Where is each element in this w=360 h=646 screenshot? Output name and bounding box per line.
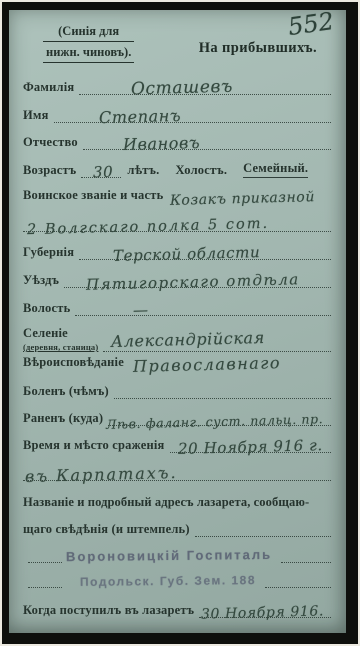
- stamp-line1-right-segment: [281, 547, 331, 563]
- surname-line: Осташевъ: [79, 79, 331, 95]
- stamp-line1-left-segment: [28, 547, 62, 563]
- field-province: Губернія Терской области: [23, 244, 331, 260]
- volost-label: Волость: [23, 301, 70, 316]
- color-note-line1: (Синія для: [43, 24, 134, 42]
- village-sublabel: (деревня, станица): [23, 342, 98, 352]
- hospital-stamp-line2: Подольск. Губ. Зем. 188: [76, 573, 260, 589]
- surname-label: Фамилія: [23, 80, 74, 95]
- province-label: Губернія: [23, 245, 74, 260]
- scanned-document-photo: 552 (Синія для нижн. чиновъ). На прибывш…: [0, 0, 360, 646]
- district-label: Уѣздъ: [23, 273, 59, 288]
- field-hospital-stamp1: Вороновицкій Госпиталь: [23, 547, 331, 563]
- district-value: Пятигорскаго отдѣла: [86, 270, 300, 294]
- age-units-label: лѣтъ.: [127, 163, 159, 178]
- volost-line: —: [75, 300, 331, 316]
- first-name-line: Степанъ: [54, 107, 331, 123]
- military-line: Козакъ приказной: [168, 188, 331, 203]
- hospital-stamp-line1: Вороновицкій Госпиталь: [62, 547, 276, 564]
- field-military-rank-line2: 2 Волгскаго полка 5 сот.: [23, 216, 331, 232]
- field-surname: Фамилія Осташевъ: [23, 79, 331, 95]
- religion-value: Православнаго: [133, 353, 281, 376]
- field-patronymic: Отчество Ивановъ: [23, 134, 331, 150]
- district-line: Пятигорскаго отдѣла: [64, 272, 331, 288]
- village-label: Селеніе: [23, 326, 98, 341]
- surname-value: Осташевъ: [131, 77, 233, 100]
- age-line: 30: [81, 162, 121, 178]
- field-battle: Время и мѣсто сраженія 20 Ноября 916 г.: [23, 437, 331, 453]
- stamp-line2-right-segment: [265, 572, 331, 588]
- card-title: На прибывшихъ.: [199, 40, 317, 57]
- admitted-label: Когда поступилъ въ лазаретъ: [23, 603, 194, 618]
- admitted-value: 30 Ноября 916.: [201, 603, 324, 622]
- field-age: Возрастъ 30 лѣтъ. Холостъ. Семейный.: [23, 161, 331, 178]
- first-name-value: Степанъ: [98, 106, 181, 127]
- military-label: Воинское званіе и часть: [23, 188, 163, 203]
- age-label: Возрастъ: [23, 163, 76, 178]
- field-religion: Вѣроисповѣданіе Православнаго: [23, 355, 331, 370]
- field-hospital-label2: щаго свѣдѣнія (и штемпель): [23, 521, 331, 537]
- field-military-rank: Воинское званіе и часть Козакъ приказной: [23, 188, 331, 203]
- battle-line2: въ Карпатахъ.: [23, 465, 331, 481]
- wounded-label: Раненъ (куда): [23, 411, 103, 426]
- village-line: Александрійская: [103, 327, 331, 352]
- patronymic-label: Отчество: [23, 135, 78, 150]
- hospital-label-line2: щаго свѣдѣнія (и штемпель): [23, 522, 190, 537]
- religion-line: Православнаго: [129, 355, 331, 370]
- sick-line: [114, 383, 331, 399]
- religion-label: Вѣроисповѣданіе: [23, 355, 124, 370]
- color-note: (Синія для нижн. чиновъ).: [43, 24, 134, 66]
- patronymic-value: Ивановъ: [123, 133, 201, 154]
- field-admitted: Когда поступилъ въ лазаретъ 30 Ноября 91…: [23, 602, 331, 618]
- battle-line: 20 Ноября 916 г.: [170, 437, 331, 453]
- hospital-line: [195, 521, 331, 537]
- card-header: (Синія для нижн. чиновъ). На прибывшихъ.: [23, 24, 331, 66]
- hospital-admission-card: 552 (Синія для нижн. чиновъ). На прибывш…: [9, 10, 346, 633]
- field-village: Селеніе (деревня, станица) Александрійск…: [23, 326, 331, 352]
- military-value-line2: 2 Волгскаго полка 5 сот.: [27, 216, 269, 238]
- marital-married-label: Семейный.: [243, 161, 308, 178]
- field-sick: Боленъ (чѣмъ): [23, 383, 331, 399]
- field-district: Уѣздъ Пятигорскаго отдѣла: [23, 272, 331, 288]
- field-hospital-label1: Названіе и подробный адресъ лазарета, со…: [23, 495, 331, 510]
- field-wounded: Раненъ (куда) Лѣв. фаланг. суст. пальц. …: [23, 410, 331, 426]
- field-volost: Волость —: [23, 300, 331, 316]
- stamp-line2-left-segment: [28, 572, 62, 588]
- military-line2: 2 Волгскаго полка 5 сот.: [23, 216, 331, 232]
- field-first-name: Имя Степанъ: [23, 107, 331, 123]
- sick-label: Боленъ (чѣмъ): [23, 384, 109, 399]
- field-hospital-stamp2: Подольск. Губ. Зем. 188: [23, 572, 331, 588]
- wounded-line: Лѣв. фаланг. суст. пальц. пр.: [108, 410, 331, 426]
- patronymic-line: Ивановъ: [83, 134, 331, 150]
- village-label-block: Селеніе (деревня, станица): [23, 326, 98, 352]
- field-battle-line2: въ Карпатахъ.: [23, 465, 331, 481]
- military-value: Козакъ приказной: [170, 189, 315, 209]
- first-name-label: Имя: [23, 108, 49, 123]
- age-value: 30: [93, 163, 114, 182]
- wounded-value: Лѣв. фаланг. суст. пальц. пр.: [106, 411, 324, 432]
- hospital-label-line1: Названіе и подробный адресъ лазарета, со…: [23, 495, 309, 510]
- color-note-line2: нижн. чиновъ).: [43, 45, 134, 63]
- battle-value-line2: въ Карпатахъ.: [25, 463, 178, 486]
- battle-value: 20 Ноября 916 г.: [177, 436, 322, 458]
- admitted-line: 30 Ноября 916.: [199, 602, 331, 618]
- marital-single-label: Холостъ.: [175, 163, 227, 178]
- battle-label: Время и мѣсто сраженія: [23, 438, 165, 453]
- province-line: Терской области: [79, 244, 331, 260]
- village-value: Александрійская: [111, 328, 265, 351]
- volost-pen-mark: —: [133, 301, 149, 319]
- province-value: Терской области: [113, 243, 261, 265]
